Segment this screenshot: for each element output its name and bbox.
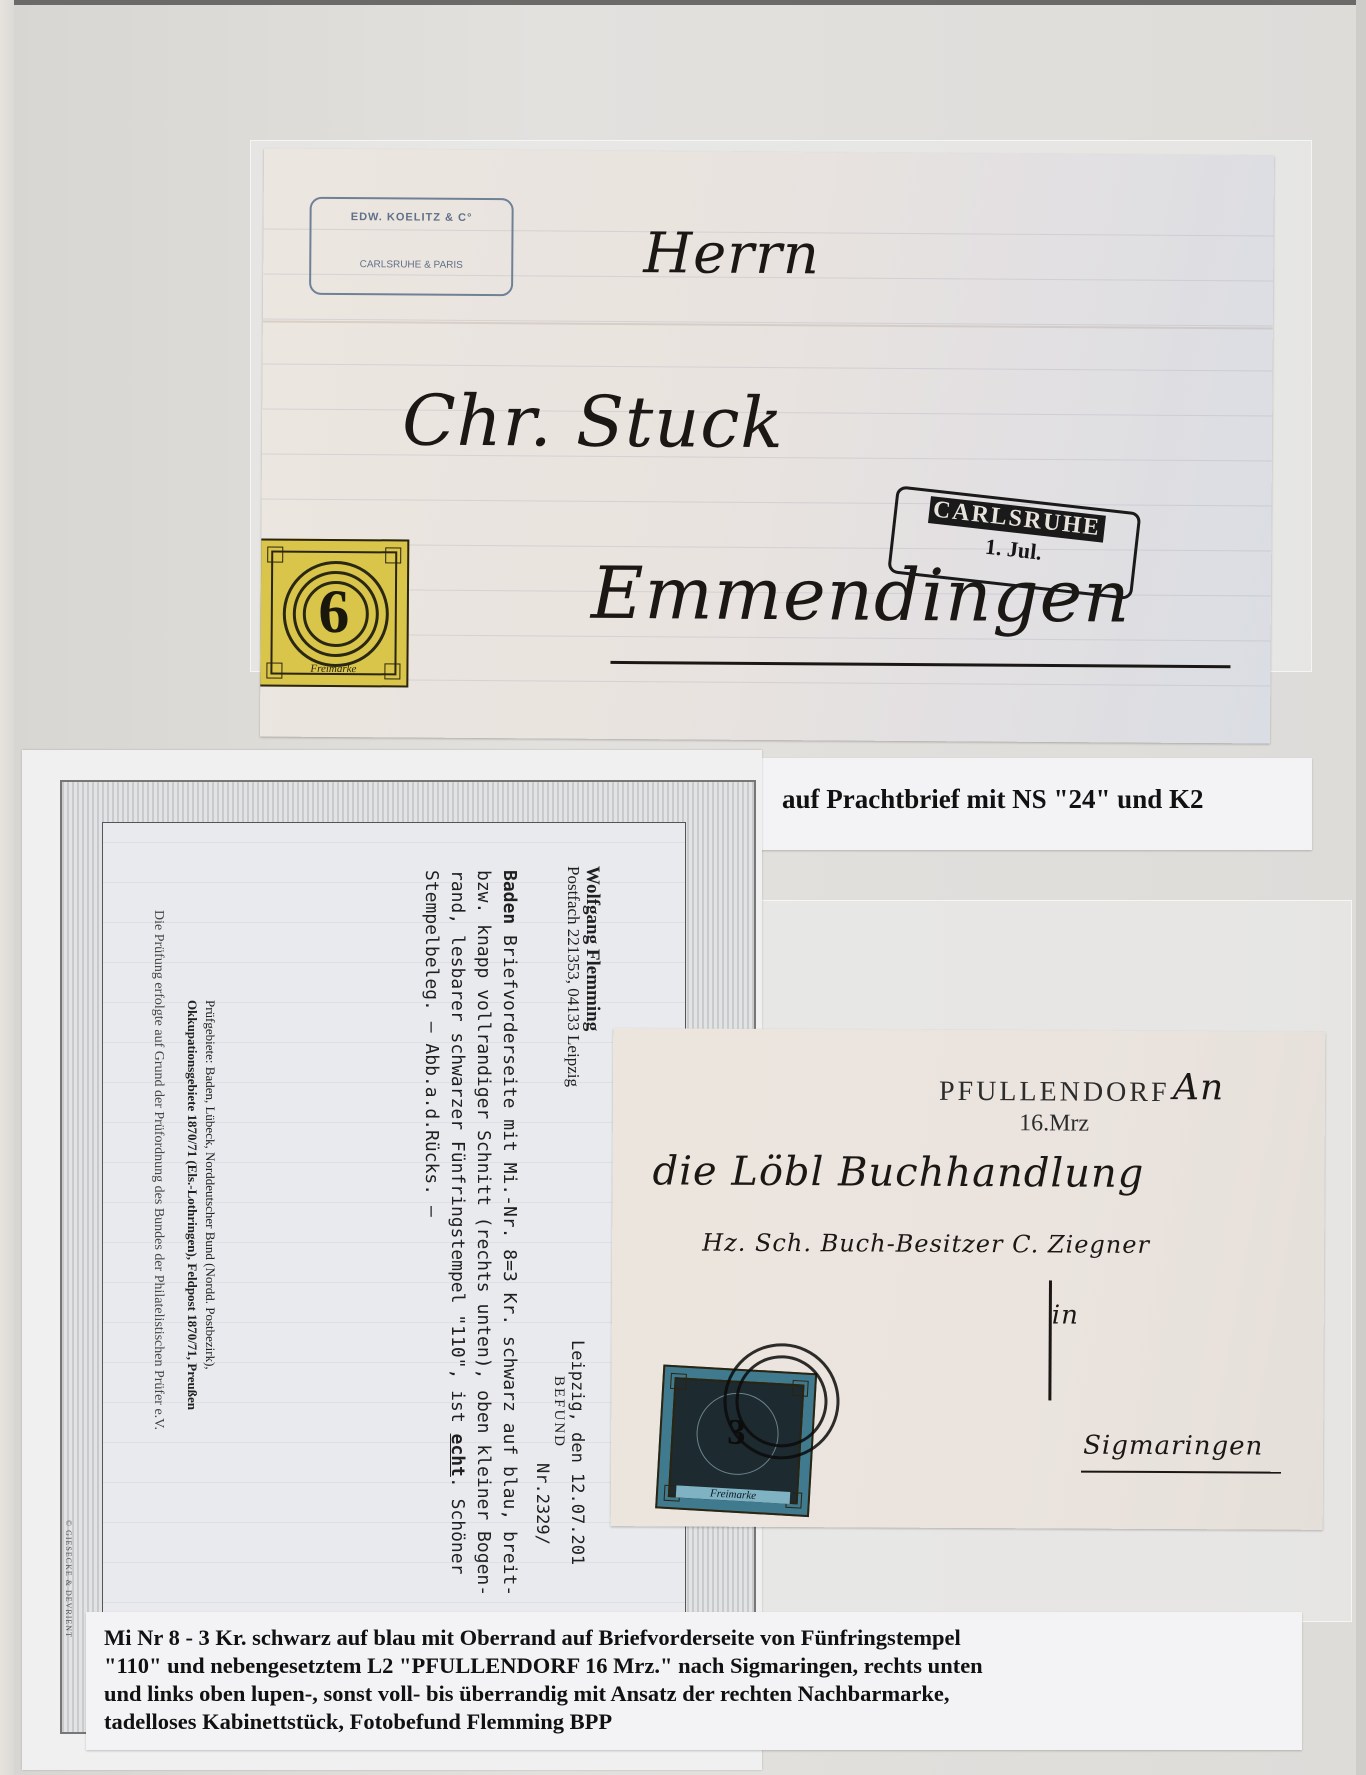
cert-line-3-text: rand, lesbarer schwarzer Fünfringstempel… — [447, 870, 468, 1423]
cert-body-line-1: Baden Briefvorderseite mit Mi.-Nr. 8=3 K… — [499, 870, 520, 1596]
upper-caption-text: auf Prachtbrief mit NS "24" und K2 — [782, 784, 1203, 815]
lower-address-line-5: Sigmaringen — [1083, 1431, 1263, 1462]
stamp-value: 6 — [261, 576, 407, 648]
company-handstamp: EDW. KOELITZ & C° CARLSRUHE & PARIS — [309, 197, 514, 296]
region-label: Baden — [499, 870, 520, 924]
lower-caption-line-3: und links oben lupen-, sonst voll- bis ü… — [104, 1680, 983, 1708]
stamp-label: Freimarke — [260, 662, 406, 675]
pfullendorf-postmark: PFULLENDORF 16.Mrz — [939, 1076, 1170, 1138]
lower-address-underline — [1081, 1471, 1281, 1474]
lower-stamp-value: 3 — [661, 1407, 813, 1458]
place-date: Leipzig, den 12.07.201 — [567, 1340, 587, 1565]
postmark-line1: PFULLENDORF — [939, 1076, 1170, 1109]
cert-body-line-2: bzw. knapp vollrandiger Schnitt (rechts … — [473, 870, 494, 1596]
address-line-1: Herrn — [643, 221, 820, 287]
lower-caption-line-4: tadelloses Kabinettstück, Fotobefund Fle… — [104, 1708, 983, 1736]
lower-address-line-2: die Löbl Buchhandlung — [652, 1148, 1144, 1197]
cert-footer-line-2: Okkupationsgebiete 1870/71 (Els.-Lothrin… — [184, 1000, 200, 1410]
expert-name: Wolfgang Flemming — [581, 866, 603, 1031]
expert-address: Postfach 221353, 04133 Leipzig — [563, 866, 583, 1087]
postmark-line2: 16.Mrz — [939, 1110, 1170, 1138]
upper-caption: auf Prachtbrief mit NS "24" und K2 — [752, 758, 1312, 850]
album-page: EDW. KOELITZ & C° CARLSRUHE & PARIS Herr… — [0, 0, 1366, 1775]
lower-cover-letter[interactable]: PFULLENDORF 16.Mrz An die Löbl Buchhandl… — [611, 1028, 1326, 1530]
company-stamp-line2: CARLSRUHE & PARIS — [311, 259, 511, 271]
verdict-word: echt — [447, 1434, 468, 1477]
lower-address-line-3: Hz. Sch. Buch-Besitzer C. Ziegner — [702, 1229, 1150, 1259]
verdict-tail: . Schöner — [447, 1477, 468, 1575]
lower-address-line-1: An — [1173, 1067, 1224, 1108]
cert-footer-line-1: Prüfgebiete: Baden, Lübeck, Norddeutsche… — [202, 1000, 218, 1370]
company-stamp-line1: EDW. KOELITZ & C° — [312, 211, 512, 224]
page-left-edge — [0, 0, 14, 1775]
address-underline — [610, 661, 1230, 668]
lower-address-line-4: in — [1052, 1300, 1079, 1330]
cert-line-1-text: Briefvorderseite mit Mi.-Nr. 8=3 Kr. sch… — [499, 935, 520, 1596]
pen-stroke — [1048, 1280, 1052, 1400]
upper-cover-letter[interactable]: EDW. KOELITZ & C° CARLSRUHE & PARIS Herr… — [260, 148, 1274, 743]
cert-footer-line-3: Die Prüfung erfolgte auf Grund der Prüfo… — [150, 910, 166, 1430]
document-number: Nr.2329/ — [532, 1463, 552, 1545]
lower-caption-line-1: Mi Nr 8 - 3 Kr. schwarz auf blau mit Obe… — [104, 1624, 983, 1652]
cert-body-line-3: rand, lesbarer schwarzer Fünfringstempel… — [447, 870, 468, 1574]
document-type: BEFUND — [550, 1376, 567, 1448]
address-line-2: Chr. Stuck — [402, 379, 784, 464]
page-top-edge — [0, 0, 1366, 5]
lower-caption: Mi Nr 8 - 3 Kr. schwarz auf blau mit Obe… — [86, 1612, 1302, 1750]
printer-mark: © GIESECKE & DEVRIENT — [64, 1520, 73, 1638]
yellow-stamp-6kr[interactable]: 6 Freimarke — [260, 538, 409, 687]
lower-caption-line-2: "110" und nebengesetztem L2 "PFULLENDORF… — [104, 1652, 983, 1680]
blue-stamp-3kr[interactable]: 3 Freimarke — [655, 1364, 817, 1517]
page-right-edge — [1356, 0, 1366, 1775]
cert-body-line-4: Stempelbeleg. — Abb.a.d.Rücks. — — [421, 870, 442, 1217]
